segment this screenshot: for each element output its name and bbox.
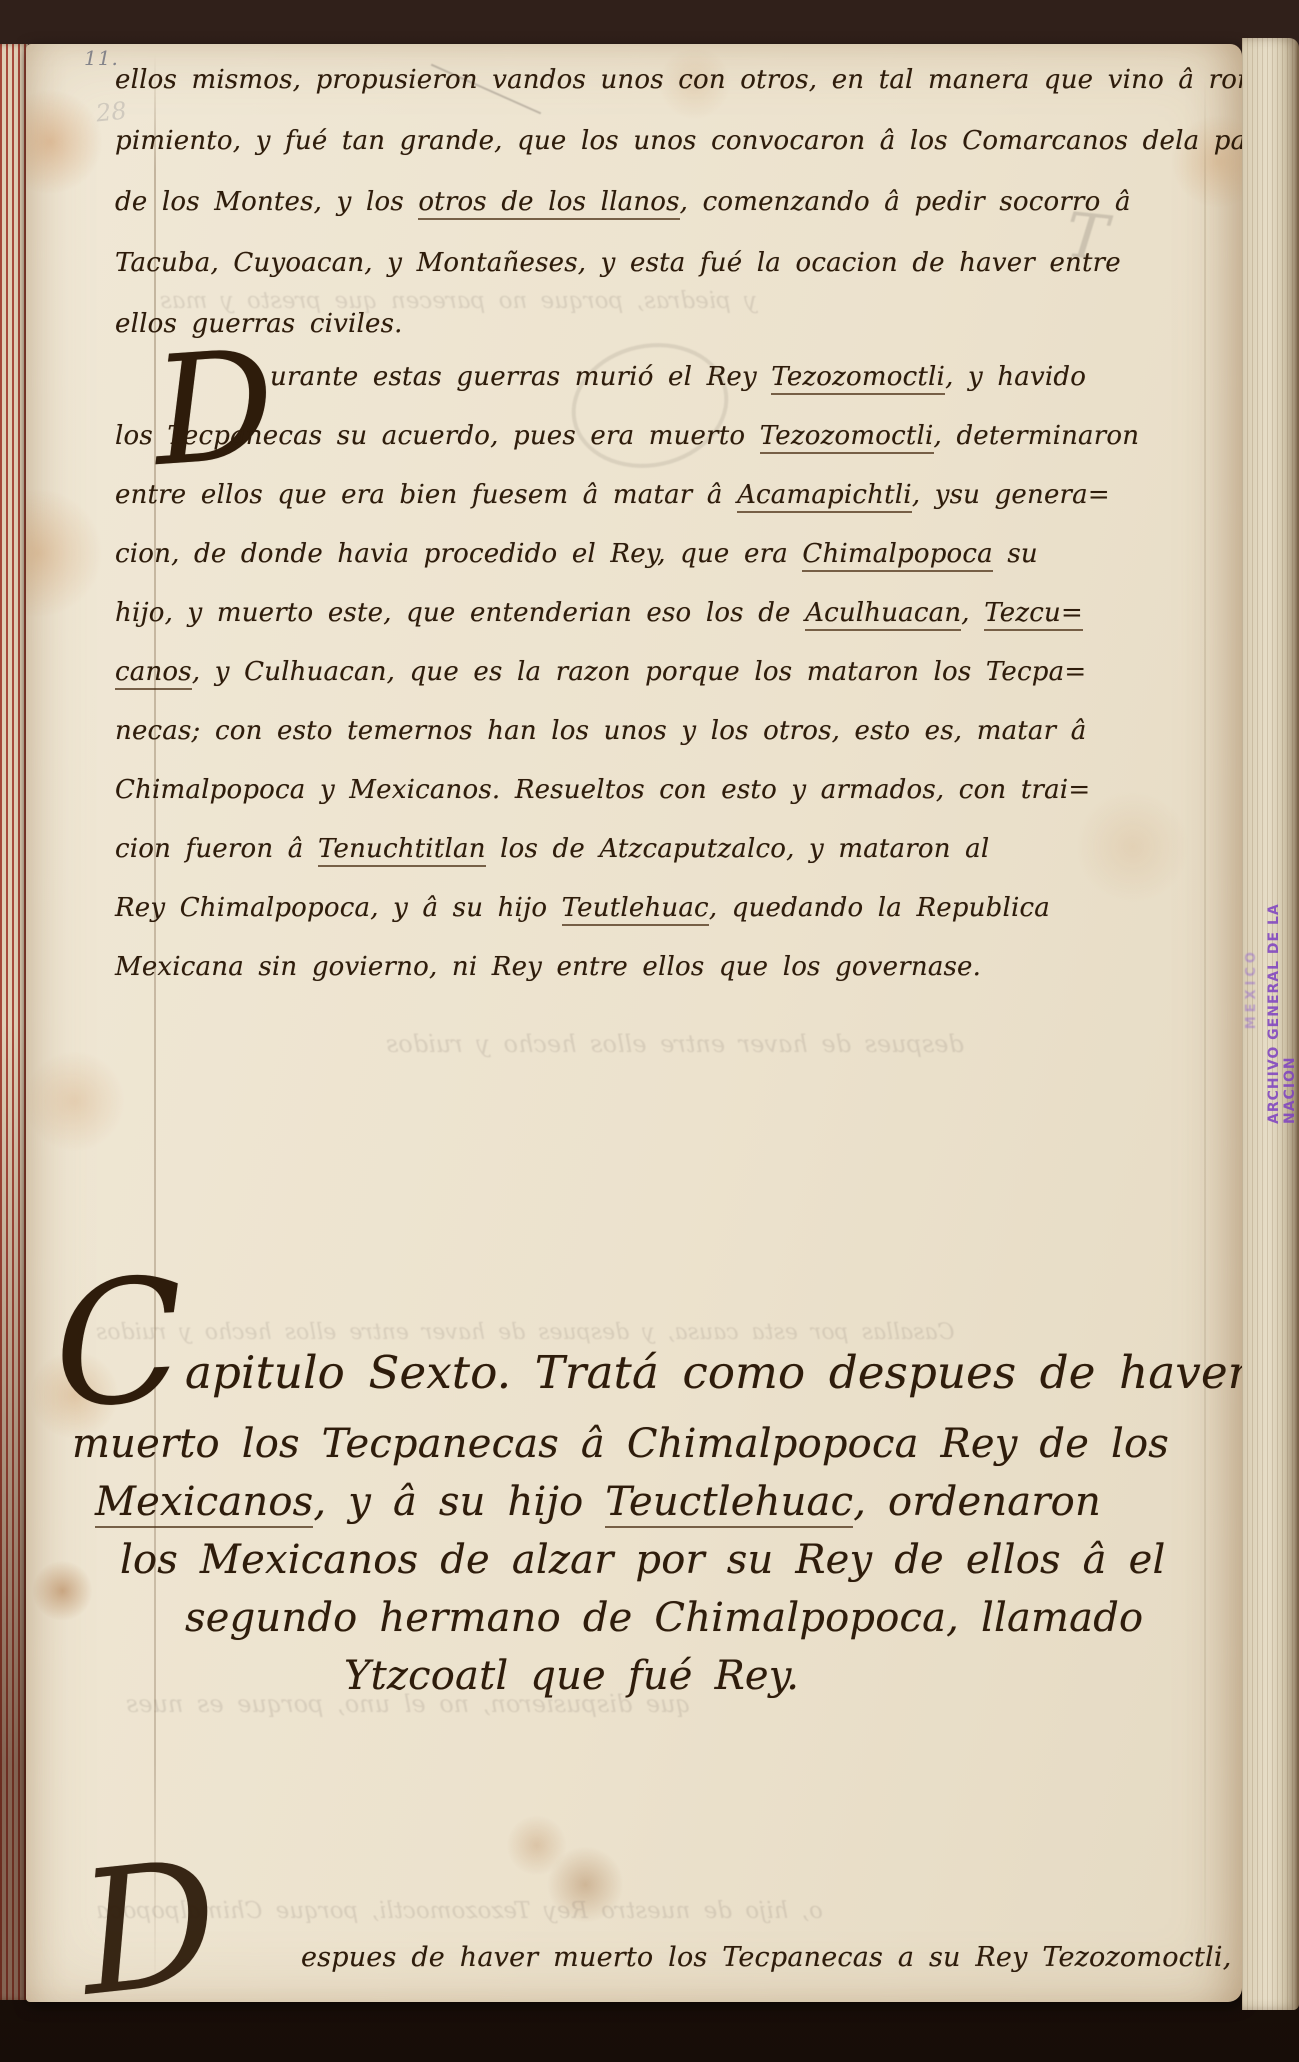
- manuscript-line: ellos guerras civiles.: [115, 294, 1285, 355]
- text-segment: ellos guerras civiles.: [115, 309, 403, 339]
- text-segment: ellos mismos, propusieron vandos unos co…: [115, 65, 1284, 95]
- text-segment: Tacuba, Cuyoacan, y Montañeses, y esta f…: [115, 248, 1121, 278]
- manuscript-line: pimiento, y fué tan grande, que los unos…: [115, 111, 1285, 172]
- text-segment: urante estas guerras murió el Rey: [270, 362, 771, 392]
- text-segment: Rey Chimalpopoca, y â su hijo: [115, 893, 562, 923]
- paragraph-1: ellos mismos, propusieron vandos unos co…: [115, 50, 1285, 355]
- text-segment: ,: [961, 598, 984, 628]
- manuscript-line: apitulo Sexto. Tratá como despues de hav…: [72, 1344, 1250, 1402]
- text-segment: segundo hermano de Chimalpopoca, llamado: [185, 1595, 1143, 1641]
- underlined-word: Tezozomoctli: [771, 362, 945, 395]
- manuscript-line: Chimalpopoca y Mexicanos. Resueltos con …: [115, 761, 1139, 820]
- text-segment: espues de haver muerto los Tecpanecas a …: [301, 1942, 1231, 1973]
- manuscript-page: 11. 28 y piedras, porque no parecen que …: [26, 44, 1242, 2002]
- manuscript-line: urante estas guerras murió el Rey Tezozo…: [115, 348, 1139, 407]
- text-segment: , y â su hijo: [313, 1479, 605, 1525]
- underlined-word: Tezozomoctli: [760, 421, 934, 454]
- archive-stamp: ARCHIVO GENERAL DE LA NACION: [1266, 836, 1290, 1124]
- text-segment: necas; con esto temernos han los unos y …: [115, 716, 1086, 746]
- underlined-word: canos: [115, 657, 192, 690]
- text-segment: , y havido: [945, 362, 1086, 392]
- text-segment: , comenzando â pedir socorro â: [680, 187, 1131, 217]
- underlined-word: Tenuchtitlan: [318, 834, 486, 867]
- text-segment: entre ellos que era bien fuesem â matar …: [115, 480, 737, 510]
- manuscript-line: necas; con esto temernos han los unos y …: [115, 702, 1139, 761]
- text-segment: , ordenaron: [853, 1479, 1101, 1525]
- manuscript-line: Mexicana sin govierno, ni Rey entre ello…: [115, 938, 1139, 997]
- manuscript-line: Tacuba, Cuyoacan, y Montañeses, y esta f…: [115, 233, 1285, 294]
- text-segment: pimiento, y fué tan grande, que los unos…: [115, 126, 1285, 156]
- manuscript-line: cion fueron â Tenuchtitlan los de Atzcap…: [115, 820, 1139, 879]
- text-segment: de los Montes, y los: [115, 187, 418, 217]
- underlined-word: Teuctlehuac: [605, 1479, 853, 1528]
- manuscript-line: muerto los Tecpanecas â Chimalpopoca Rey…: [72, 1415, 1250, 1473]
- text-segment: su: [993, 539, 1038, 569]
- bleedthrough-text: despues de haver entre ellos hecho y rui…: [386, 1030, 964, 1058]
- underlined-word: Teutlehuac: [562, 893, 709, 926]
- underlined-word: Chimalpopoca: [802, 539, 992, 572]
- archive-stamp-text: ARCHIVO GENERAL DE LA NACION: [1266, 836, 1298, 1124]
- manuscript-line: Mexicanos, y â su hijo Teuctlehuac, orde…: [72, 1473, 1250, 1531]
- archive-stamp-mexico: MEXICO: [1244, 948, 1264, 1098]
- page-number: 11.: [84, 46, 119, 70]
- manuscript-line: canos, y Culhuacan, que es la razon porq…: [115, 643, 1139, 702]
- chapter-heading: apitulo Sexto. Tratá como despues de hav…: [72, 1344, 1250, 1705]
- underlined-word: Acamapichtli: [737, 480, 912, 513]
- paragraph-2: urante estas guerras murió el Rey Tezozo…: [115, 348, 1139, 997]
- text-segment: , ysu genera=: [912, 480, 1110, 510]
- underlined-word: Aculhuacan: [805, 598, 961, 631]
- manuscript-line: ellos mismos, propusieron vandos unos co…: [115, 50, 1285, 111]
- paragraph-3: espues de haver muerto los Tecpanecas a …: [115, 1928, 1231, 1988]
- text-segment: muerto los Tecpanecas â Chimalpopoca Rey…: [72, 1421, 1169, 1467]
- manuscript-line: cion, de donde havia procedido el Rey, q…: [115, 525, 1139, 584]
- manuscript-line: hijo, y muerto este, que entenderian eso…: [115, 584, 1139, 643]
- manuscript-line: Ytzcoatl que fué Rey.: [72, 1647, 1250, 1705]
- text-segment: cion fueron â: [115, 834, 318, 864]
- manuscript-line: los Mexicanos de alzar por su Rey de ell…: [72, 1531, 1250, 1589]
- text-segment: , quedando la Republica: [709, 893, 1050, 923]
- archive-stamp-mexico-text: MEXICO: [1244, 948, 1259, 1029]
- text-segment: apitulo Sexto. Tratá como despues de hav…: [185, 1346, 1250, 1399]
- text-segment: los Tecpanecas su acuerdo, pues era muer…: [115, 421, 760, 451]
- text-segment: Ytzcoatl que fué Rey.: [344, 1653, 799, 1699]
- manuscript-photo: 11. 28 y piedras, porque no parecen que …: [0, 0, 1299, 2062]
- manuscript-line: los Tecpanecas su acuerdo, pues era muer…: [115, 407, 1139, 466]
- text-segment: cion, de donde havia procedido el Rey, q…: [115, 539, 802, 569]
- underlined-word: otros de los llanos: [418, 187, 679, 220]
- manuscript-line: de los Montes, y los otros de los llanos…: [115, 172, 1285, 233]
- text-segment: , y Culhuacan, que es la razon porque lo…: [192, 657, 1087, 687]
- text-segment: Mexicana sin govierno, ni Rey entre ello…: [115, 952, 981, 982]
- text-segment: los Mexicanos de alzar por su Rey de ell…: [120, 1537, 1165, 1583]
- manuscript-line: Rey Chimalpopoca, y â su hijo Teutlehuac…: [115, 879, 1139, 938]
- underlined-word: Mexicanos: [95, 1479, 313, 1528]
- text-segment: los de Atzcaputzalco, y mataron al: [486, 834, 990, 864]
- text-segment: , determinaron: [934, 421, 1140, 451]
- text-segment: hijo, y muerto este, que entenderian eso…: [115, 598, 805, 628]
- manuscript-line: espues de haver muerto los Tecpanecas a …: [115, 1928, 1231, 1988]
- book-fore-edge-left: [0, 44, 28, 2000]
- underlined-word: Tezcu=: [984, 598, 1083, 631]
- manuscript-line: segundo hermano de Chimalpopoca, llamado: [72, 1589, 1250, 1647]
- text-segment: Chimalpopoca y Mexicanos. Resueltos con …: [115, 775, 1090, 805]
- bleedthrough-text: Casallas por esta causa, y despues de ha…: [96, 1320, 955, 1345]
- manuscript-line: entre ellos que era bien fuesem â matar …: [115, 466, 1139, 525]
